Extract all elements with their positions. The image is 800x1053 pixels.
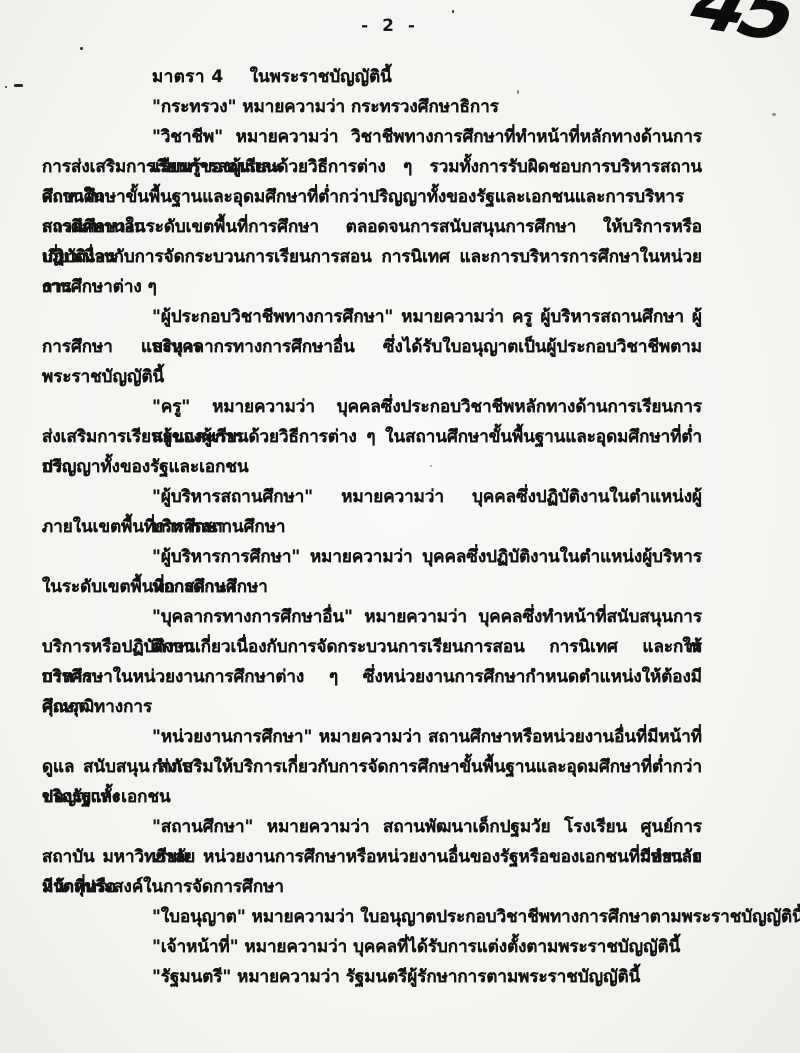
text-line: "กระทรวง" หมายความว่า กระทรวงศึกษาธิการ bbox=[42, 92, 702, 122]
text-line: "เจ้าหน้าที่" หมายความว่า บุคคลที่ได้รับ… bbox=[42, 932, 702, 962]
text-line: เกี่ยวเนื่องกับการจัดกระบวนการเรียนการสอ… bbox=[42, 242, 702, 272]
page-number: - 2 - bbox=[325, 16, 455, 36]
section-intro: ในพระราชบัญญัตินี้ bbox=[250, 67, 392, 87]
text-line: "บุคลากรทางการศึกษาอื่น" หมายความว่า บุค… bbox=[42, 602, 702, 632]
text-line: พระราชบัญญัตินี้ bbox=[42, 362, 702, 392]
scan-speck bbox=[80, 47, 83, 50]
text-line: "ผู้บริหารสถานศึกษา" หมายความว่า บุคคลซึ… bbox=[42, 482, 702, 512]
text-line: ในระดับเขตพื้นที่การศึกษา bbox=[42, 572, 702, 602]
scan-speck bbox=[5, 86, 7, 88]
text-line: "วิชาชีพ" หมายความว่า วิชาชีพทางการศึกษา… bbox=[42, 122, 702, 152]
section-number: มาตรา 4 bbox=[152, 67, 224, 87]
scan-speck bbox=[430, 465, 432, 467]
text-line: "ใบอนุญาต" หมายความว่า ใบอนุญาตประกอบวิช… bbox=[42, 902, 702, 932]
document-body: มาตรา 4ในพระราชบัญญัตินี้ "กระทรวง" หมาย… bbox=[42, 62, 702, 992]
scan-speck bbox=[14, 84, 23, 87]
section-heading-line: มาตรา 4ในพระราชบัญญัตินี้ bbox=[42, 62, 702, 92]
scan-speck bbox=[530, 611, 532, 613]
text-line: การศึกษา และบุคลากรทางการศึกษาอื่น ซึ่งไ… bbox=[42, 332, 702, 362]
text-line: "ผู้บริหารการศึกษา" หมายความว่า บุคคลซึ่… bbox=[42, 542, 702, 572]
text-line: การศึกษาต่าง ๆ bbox=[42, 272, 702, 302]
text-line: การส่งเสริมการเรียนรู้ของผู้เรียนด้วยวิธ… bbox=[42, 152, 702, 182]
text-line: ปริญญาทั้งของรัฐและเอกชน bbox=[42, 452, 702, 482]
text-line: บริการหรือปฏิบัติงานเกี่ยวเนื่องกับการจั… bbox=[42, 632, 702, 662]
text-line: มีวัตถุประสงค์ในการจัดการศึกษา bbox=[42, 872, 702, 902]
text-line: ดูแล สนับสนุน ส่งเสริมให้บริการเกี่ยวกับ… bbox=[42, 752, 702, 782]
scan-speck bbox=[517, 90, 519, 94]
text-line: สถานศึกษาขั้นพื้นฐานและอุดมศึกษาที่ต่ำกว… bbox=[42, 182, 702, 212]
text-line: ภายในเขตพื้นที่การศึกษา bbox=[42, 512, 702, 542]
text-line: ของรัฐและเอกชน bbox=[42, 782, 702, 812]
text-line: "ครู" หมายความว่า บุคคลซึ่งประกอบวิชาชีพ… bbox=[42, 392, 702, 422]
text-line: การศึกษาในหน่วยงานการศึกษาต่าง ๆ ซึ่งหน่… bbox=[42, 662, 702, 692]
text-line: สถานศึกษาในระดับเขตพื้นที่การศึกษา ตลอดจ… bbox=[42, 212, 702, 242]
text-line: "ผู้ประกอบวิชาชีพทางการศึกษา" หมายความว่… bbox=[42, 302, 702, 332]
text-line: สถาบัน มหาวิทยาลัย หน่วยงานการศึกษาหรือห… bbox=[42, 842, 702, 872]
text-line: "สถานศึกษา" หมายความว่า สถานพัฒนาเด็กปฐม… bbox=[42, 812, 702, 842]
scan-speck bbox=[772, 113, 776, 116]
scan-speck bbox=[452, 10, 454, 13]
text-line: ส่งเสริมการเรียนรู้ของผู้เรียนด้วยวิธีกา… bbox=[42, 422, 702, 452]
text-line: "หน่วยงานการศึกษา" หมายความว่า สถานศึกษา… bbox=[42, 722, 702, 752]
text-line: "รัฐมนตรี" หมายความว่า รัฐมนตรีผู้รักษาก… bbox=[42, 962, 702, 992]
